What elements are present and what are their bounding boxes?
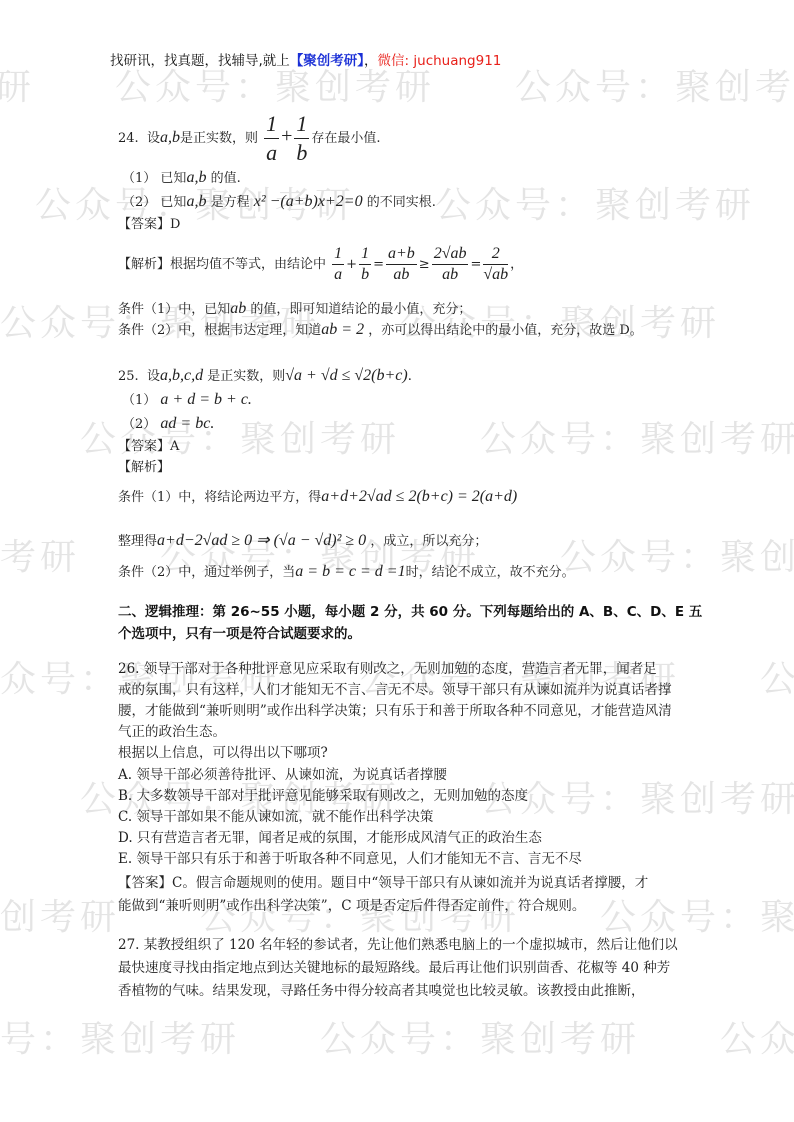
q24-condition-1: （1） 已知a,b 的值. <box>122 169 241 188</box>
section-heading-logic: 二、逻辑推理：第 26~55 小题，每小题 2 分，共 60 分。下列每题给出的… <box>118 601 702 645</box>
header-prefix: 找研讯，找真题，找辅导,就上 <box>110 53 290 69</box>
q26-option-e: E. 领导干部只有乐于和善于听取各种不同意见，人们才能知无不言、言无不尽 <box>118 849 708 870</box>
section-heading-line-2: 个选项中，只有一项是符合试题要求的。 <box>118 623 702 645</box>
plus-sign: + <box>281 125 292 147</box>
q26-option-b: B. 大多数领导干部对于批评意见能够采取有则改之，无则加勉的态度 <box>118 786 708 807</box>
q24-stem-pre: 设 <box>147 131 160 146</box>
document-page: 找研讯，找真题，找辅导,就上【聚创考研】，微信: juchuang911 24.… <box>0 0 794 1122</box>
q26-options: A. 领导干部必须善待批评、从谏如流，为说真话者撑腰 B. 大多数领导干部对于批… <box>118 765 708 870</box>
q24-stem-mid: 是正实数，则 <box>180 131 258 146</box>
q26-question: 根据以上信息，可以得出以下哪项? <box>118 743 708 764</box>
q24-answer: 【答案】D <box>118 216 180 234</box>
header-brand: 【聚创考研】 <box>290 53 364 69</box>
q26-option-c: C. 领导干部如果不能从谏如流，就不能作出科学决策 <box>118 807 708 828</box>
q24-analysis: 【解析】根据均值不等式，由结论中 1a+1b=a+bab≥2√abab=2√ab… <box>118 240 523 290</box>
q25-condition-1: （1） a + d = b + c. <box>122 391 252 410</box>
q24-frac-1: 1a <box>264 110 279 167</box>
q26-answer: 【答案】C。假言命题规则的使用。题目中“领导干部只有从谏如流并为说真话者撑腰，才… <box>118 872 708 918</box>
q24-condition-2: （2） 已知a,b 是方程 x² −(a+b)x+2=0 的不同实根. <box>122 193 436 212</box>
q25-condition-2: （2） ad = bc. <box>122 415 214 434</box>
q24-analysis-line-2: 条件（2）中，根据韦达定理，知道ab = 2 ，亦可以得出结论中的最小值，充分，… <box>118 321 643 340</box>
q25-analysis-line-2: 整理得a+d−2√ad ≥ 0 ⇒ (√a − √d)² ≥ 0 ，成立，所以充… <box>118 532 487 551</box>
header-sep: ， <box>364 53 378 69</box>
q26-option-a: A. 领导干部必须善待批评、从谏如流，为说真话者撑腰 <box>118 765 708 786</box>
q25-analysis-line-3: 条件（2）中，通过举例子，当a = b = c = d =1时，结论不成立，故不… <box>118 563 575 582</box>
q26-stem: 26. 领导干部对于各种批评意见应采取有则改之，无则加勉的态度，营造言者无罪，闻… <box>118 659 708 764</box>
q25-analysis-line-1: 条件（1）中，将结论两边平方，得a+d+2√ad ≤ 2(b+c) = 2(a+… <box>118 488 517 507</box>
q25-analysis-label: 【解析】 <box>118 459 170 477</box>
q26-option-d: D. 只有营造言者无罪，闻者足戒的氛围，才能形成风清气正的政治生态 <box>118 828 708 849</box>
q24-stem-post: 存在最小值. <box>311 131 380 146</box>
header-promo: 找研讯，找真题，找辅导,就上【聚创考研】，微信: juchuang911 <box>110 52 501 70</box>
header-wechat: 微信: juchuang911 <box>378 53 502 69</box>
section-heading-line-1: 二、逻辑推理：第 26~55 小题，每小题 2 分，共 60 分。下列每题给出的… <box>118 601 702 623</box>
q24-analysis-line-1: 条件（1）中，已知ab 的值，即可知道结论的最小值，充分； <box>118 300 471 319</box>
q24-frac-2: 1b <box>294 110 309 167</box>
q24-stem: 24. 设a,b是正实数，则 1a+1b存在最小值. <box>118 108 381 167</box>
q24-vars: a,b <box>160 129 180 146</box>
q25-stem: 25. 设a,b,c,d 是正实数，则√a + √d ≤ √2(b+c). <box>118 367 412 386</box>
q24-number: 24. <box>118 131 139 146</box>
q27-stem: 27. 某教授组织了 120 名年轻的参试者，先让他们熟悉电脑上的一个虚拟城市，… <box>118 934 708 1003</box>
q25-answer: 【答案】A <box>118 438 179 456</box>
